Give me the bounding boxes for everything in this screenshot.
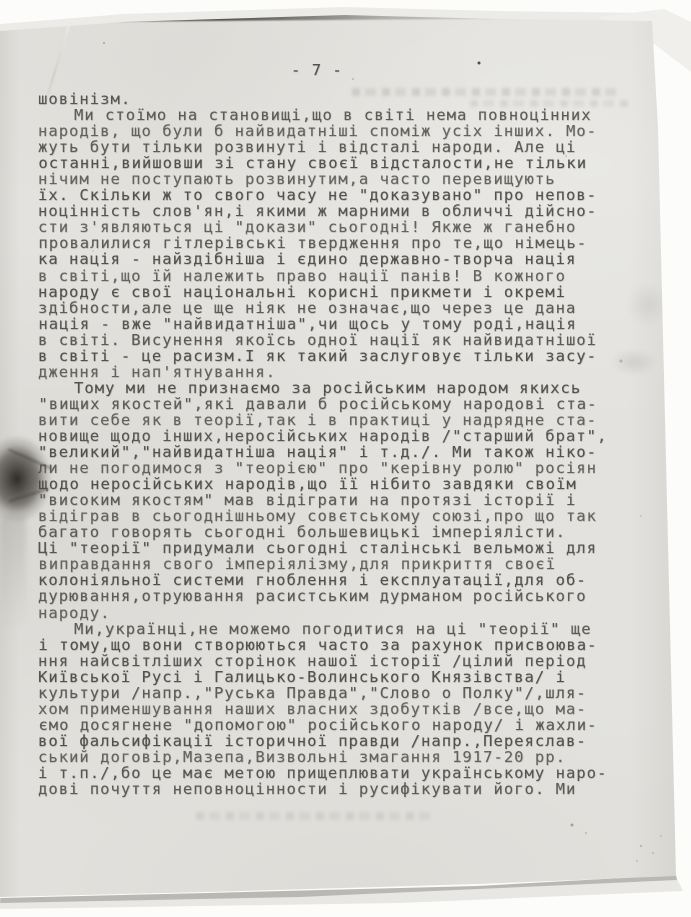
document-page: - 7 - шовінізм.Ми стоїмо на становищі,що… xyxy=(0,0,691,917)
text-line: "вищих якостей",які давали б російському… xyxy=(38,396,644,412)
text-line: дурювання,отруювання расистським дурмано… xyxy=(38,588,644,604)
text-line: в світі. Висунення якоїсь одної нації як… xyxy=(38,332,644,348)
scanned-page-view: - 7 - шовінізм.Ми стоїмо на становищі,що… xyxy=(0,0,691,917)
text-line: народу є свої національні корисні прикме… xyxy=(38,284,644,300)
text-line: дові почуття неповноцінности і русифікув… xyxy=(38,781,644,797)
text-line: щодо неросійських народів,що її нібито з… xyxy=(38,476,644,492)
text-line: Ці "теорії" придумали сьогодні сталінськ… xyxy=(38,540,644,556)
text-line: Ми стоїмо на становищі,що в світі нема п… xyxy=(38,107,644,123)
text-line: здібности,але це ще ніяк не означає,що ч… xyxy=(38,300,644,316)
text-line: багато говорять сьогодні большевицькі ім… xyxy=(38,524,644,540)
text-line: нація - вже "найвидатніша",чи щось у том… xyxy=(38,316,644,332)
text-line: і тому,що вони створюються часто за раху… xyxy=(38,637,644,653)
text-line: вої фальсифікації історичної правди /нап… xyxy=(38,733,644,749)
text-line: ння найсвітліших сторінок нашої історії … xyxy=(38,653,644,669)
text-line: Київської Русі і Галицько-Волинського Кн… xyxy=(38,669,644,685)
bleed-through-smudge xyxy=(352,88,620,96)
text-line: виправдання свого імперіялізму,для прикр… xyxy=(38,556,644,572)
text-line: "великий","найвидатніша нація" і т.д./. … xyxy=(38,444,644,460)
text-line: жуть бути тільки розвинуті і відсталі на… xyxy=(38,139,644,155)
bleed-through-smudge xyxy=(196,812,436,820)
text-line: дження і нап'ятнування. xyxy=(38,364,644,380)
text-line: народу. xyxy=(38,605,644,621)
text-line: сти з'являються ці "докази" сьогодні! Як… xyxy=(38,219,644,235)
text-line: останні,вийшовши зі стану своєї відстало… xyxy=(38,155,644,171)
text-line: народів, що були б найвидатніші споміж у… xyxy=(38,123,644,139)
smudge-streak xyxy=(0,515,26,650)
text-line: ський договір,Мазепа,Визвольні змагання … xyxy=(38,749,644,765)
text-line: в світі,що їй належить право нації панів… xyxy=(38,268,644,284)
text-line: культури /напр.,"Руська Правда","Слово о… xyxy=(38,685,644,701)
bleed-through-smudge xyxy=(470,100,630,107)
text-line: ноцінність слов'ян,і якими ж марними в о… xyxy=(38,203,644,219)
text-line: і т.п./,бо це має метою прищеплювати укр… xyxy=(38,765,644,781)
text-line: провалилися гітлерівські твердження про … xyxy=(38,235,644,251)
dust-specks xyxy=(0,0,2,2)
typewritten-text: шовінізм.Ми стоїмо на становищі,що в сві… xyxy=(38,91,644,797)
page-number: - 7 - xyxy=(291,61,343,79)
text-line: їх. Скільки ж то свого часу не "доказува… xyxy=(38,187,644,203)
text-line: в світі - це расизм.І як такий заслугову… xyxy=(38,348,644,364)
text-line: "високим якостям" мав відіграти на протя… xyxy=(38,492,644,508)
bleed-through-smudge xyxy=(626,282,670,328)
text-line: Ми,українці,не можемо погодитися на ці "… xyxy=(38,621,644,637)
text-line: ка нація - найздібніша і єдино державно-… xyxy=(38,251,644,267)
text-line: нічим не поступають розвинутим,а часто п… xyxy=(38,171,644,187)
text-line: новище щодо інших,неросійських народів /… xyxy=(38,428,644,444)
text-line: ли не погодимося з "теорією" про "керівн… xyxy=(38,460,644,476)
text-line: хом применшування наших власних здобуткі… xyxy=(38,701,644,717)
text-line: відіграв в сьогоднішньому совєтському со… xyxy=(38,508,644,524)
text-line: вити себе як в теорії,так і в практиці у… xyxy=(38,412,644,428)
bleed-through-smudge xyxy=(610,348,658,376)
text-line: Тому ми не признаємо за російським народ… xyxy=(38,380,644,396)
text-line: ємо досягнене "допомогою" російського на… xyxy=(38,717,644,733)
